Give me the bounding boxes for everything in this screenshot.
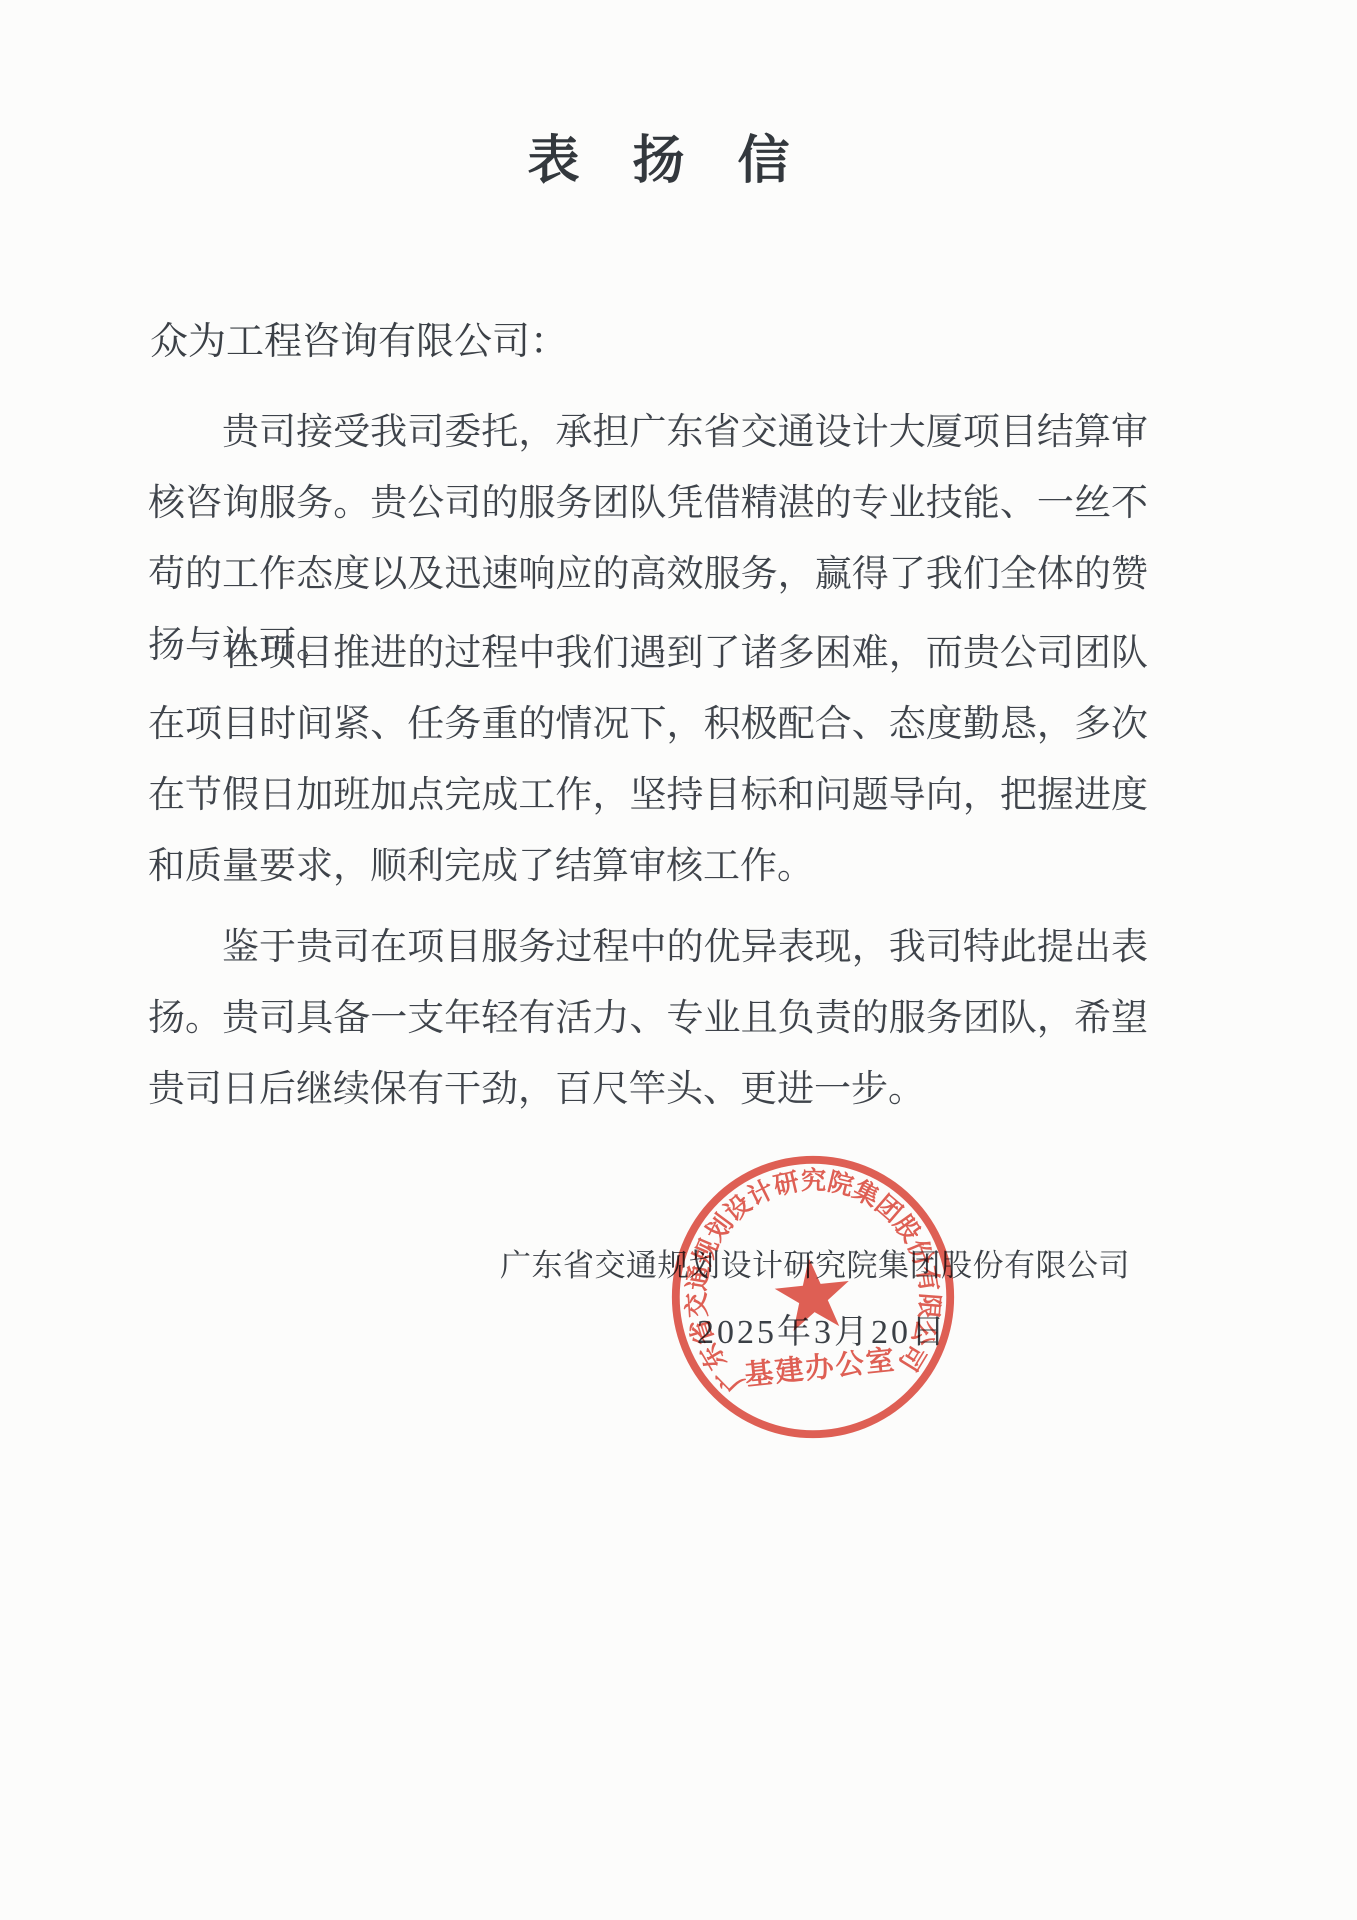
salutation: 众为工程咨询有限公司： [150, 310, 568, 365]
seal-graphic: 广东省交通规划设计研究院集团股份有限公司 基建办公室 [666, 1150, 960, 1444]
paragraph-2: 在项目推进的过程中我们遇到了诸多困难，而贵公司团队在项目时间紧、任务重的情况下，… [148, 618, 1148, 902]
seal-office-text: 基建办公室 [743, 1344, 897, 1392]
seal-inner-group: 广东省交通规划设计研究院集团股份有限公司 基建办公室 [670, 1153, 952, 1401]
seal-star-icon [772, 1254, 853, 1332]
company-seal: 广东省交通规划设计研究院集团股份有限公司 基建办公室 [666, 1150, 960, 1444]
paragraph-3: 鉴于贵司在项目服务过程中的优异表现，我司特此提出表扬。贵司具备一支年轻有活力、专… [148, 912, 1148, 1125]
letter-title: 表 扬 信 [0, 118, 1357, 193]
commendation-letter-page: 表 扬 信 众为工程咨询有限公司： 贵司接受我司委托，承担广东省交通设计大厦项目… [0, 0, 1357, 1920]
